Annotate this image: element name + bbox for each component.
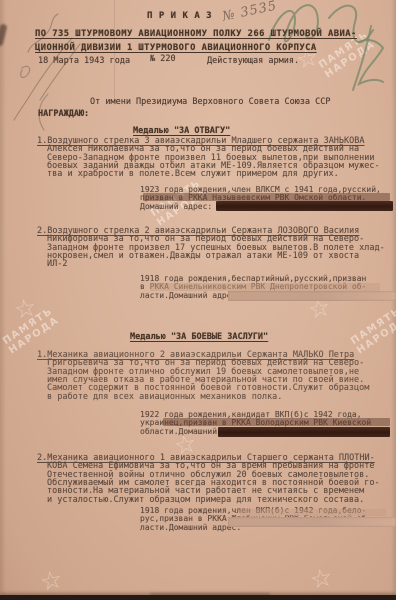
order-army-note: Действующая армия.: [207, 56, 299, 66]
medal-section-header-za-otvagu: Медалью "ЗА ОТВАГУ": [133, 126, 230, 136]
watermark-line2: НАРОДА: [323, 39, 377, 81]
redaction-bar: [228, 291, 396, 301]
watermark-line1: ПАМЯТЬ: [1, 306, 55, 348]
redaction-bar: [150, 283, 380, 291]
award-entry-lozovoy: 2.Воздушного стрелка 2 авиаэскадрильи Се…: [37, 227, 385, 269]
watermark-line1: ПАМЯТЬ: [349, 306, 396, 348]
scan-bottom-edge: [0, 595, 396, 600]
award-verb: НАГРАЖДАЮ:: [38, 109, 89, 119]
order-number: № 220: [150, 54, 176, 64]
redaction-bar: [240, 509, 386, 516]
order-header-line1: ПО 735 ШТУРМОВОМУ АВИАЦИОННОМУ ПОЛКУ 266…: [35, 29, 357, 39]
pamyat-naroda-watermark: ПАМЯТЬ НАРОДА: [349, 306, 396, 357]
pencil-registry-number: № 3535: [221, 0, 278, 25]
star-watermark-icon: ☆: [307, 562, 335, 595]
page-left-edge-shading: [0, 0, 6, 600]
star-watermark-icon: ☆: [37, 564, 65, 597]
award-entry-malko: 1.Механика авиационного 2 авиаэскадрильи…: [37, 351, 369, 401]
redaction-bar: [163, 418, 390, 426]
entry-line: и усталостью.Служит образцом примера для…: [47, 496, 380, 504]
entry-line: нокровен,смел и отважен.Дважды отражал а…: [47, 252, 385, 260]
redaction-bar: [218, 427, 390, 437]
redaction-bar: [143, 193, 390, 201]
entry-line: в работе для всех авиационных механиков …: [47, 393, 369, 401]
star-watermark-icon: ☆: [11, 292, 39, 325]
order-header-line2: ЦИОННОЙ ДИВИЗИИ 1 ШТУРМОВОГО АВИАЦИОННОГ…: [35, 43, 317, 53]
scanned-order-page: ПАМЯТЬ НАРОДА ПАМЯТЬ НАРОДА ПАМЯТЬ НАРОД…: [0, 0, 396, 600]
order-title: П Р И К А З: [147, 11, 212, 21]
order-date: 18 Марта 1943 года: [38, 56, 130, 66]
entry-line: тва и храбрости в полете.Всем служит при…: [47, 170, 380, 178]
entry-line: ИЛ-2: [47, 260, 385, 268]
pamyat-naroda-watermark: ПАМЯТЬ НАРОДА: [1, 306, 62, 357]
preamble-line: От имени Президиума Верховного Совета Со…: [90, 97, 331, 107]
redaction-bar: [228, 517, 396, 527]
redaction-bar: [216, 201, 393, 211]
award-entry-plotnikov: 2.Механика авиационного 1 авиаэскадрильи…: [37, 454, 380, 504]
medal-section-header-za-boevye-zaslugi: Медалью "ЗА БОЕВЫЕ ЗАСЛУГИ": [130, 332, 268, 342]
award-entry-zankov: 1.Воздушного стрелка 3 авиаэскадрильи Мл…: [37, 137, 380, 179]
